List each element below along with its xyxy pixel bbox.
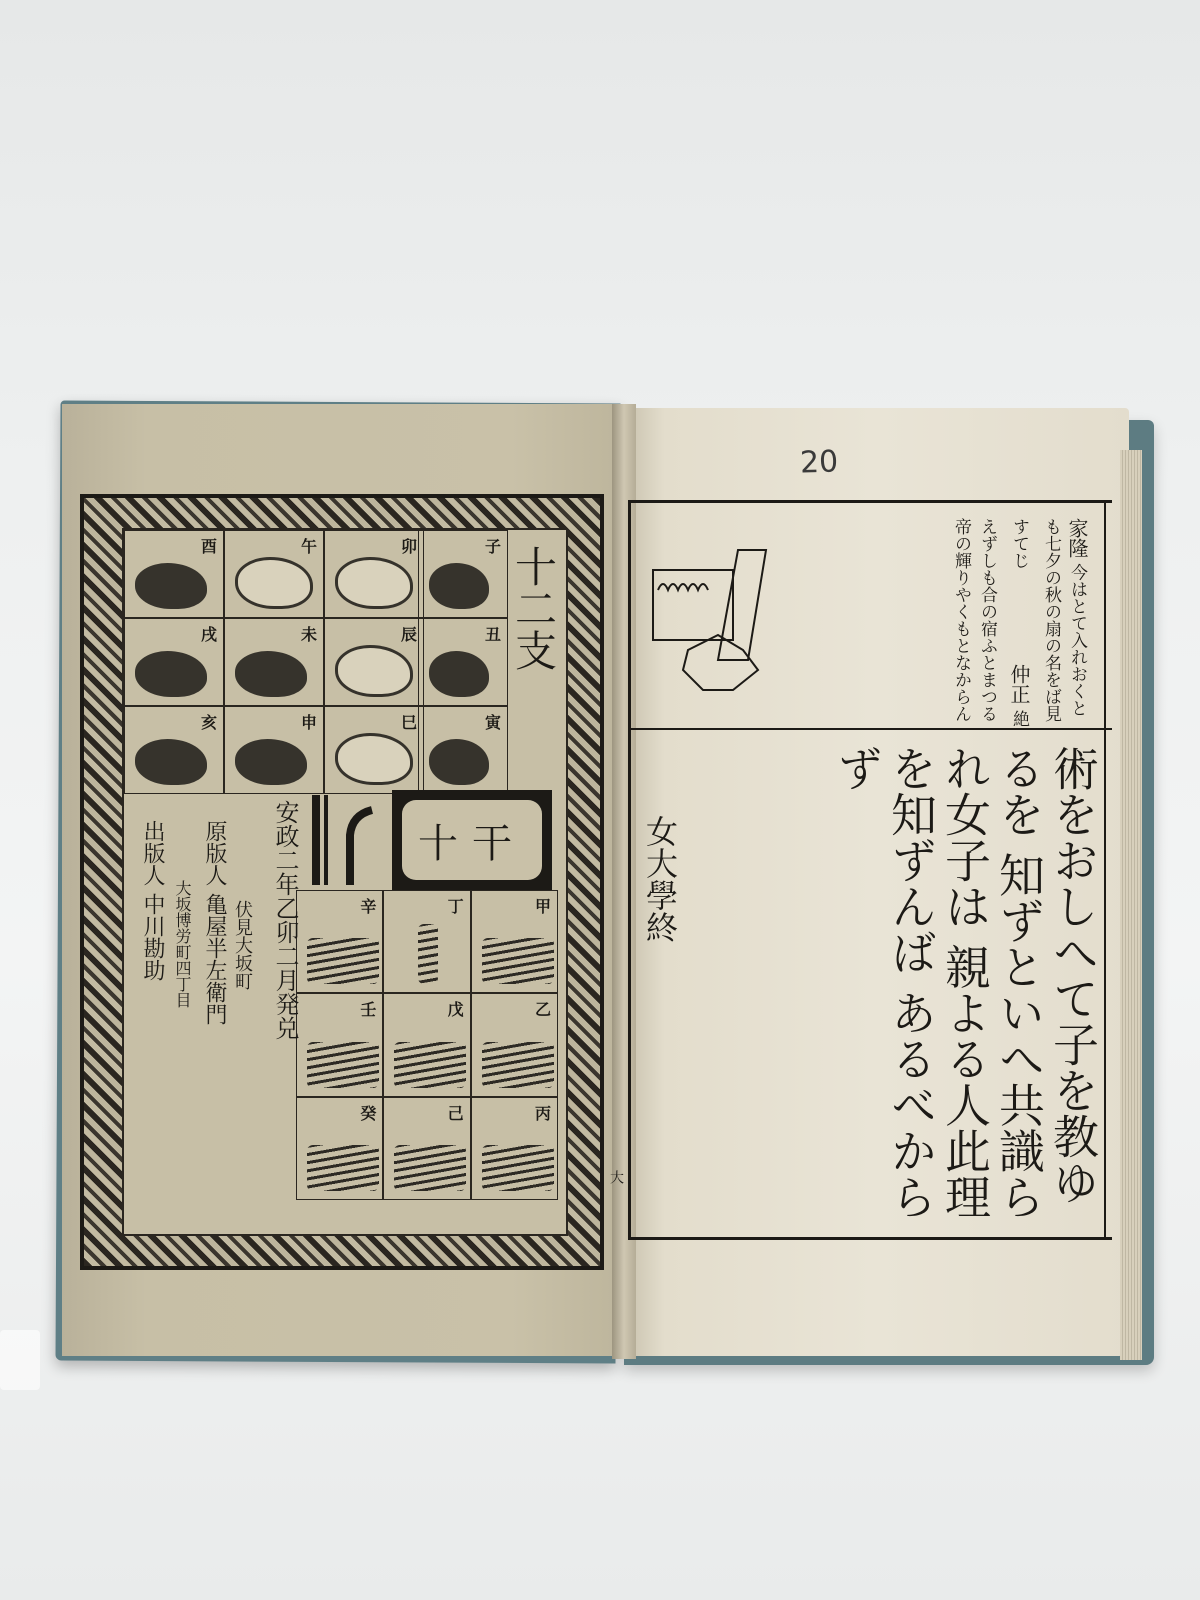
stem-cell-mountain: 戊 <box>383 993 470 1096</box>
zodiac-cell-rooster: 酉 <box>124 530 224 618</box>
stem-cell-stream: 癸 <box>296 1097 383 1200</box>
flower-icon <box>482 1042 554 1088</box>
fire-icon <box>482 1145 554 1191</box>
page-stack-edge <box>1120 450 1142 1360</box>
zodiac-label: 子 <box>485 534 501 557</box>
stem-cell-pine: 甲 <box>471 890 558 993</box>
monkey-icon <box>235 739 307 785</box>
colophon-publisher: 出版人 中川勘助 <box>138 820 166 981</box>
horse-icon <box>235 557 313 609</box>
zodiac-label: 辰 <box>401 622 417 645</box>
upper-poem-block: 家隆 今はとて入れおくとも七夕の秋の扇の名をば見すてじ 仲正 絶えずしも合の宿ふ… <box>800 518 1090 728</box>
zodiac-label: 酉 <box>201 534 217 557</box>
dragon-icon <box>335 645 413 697</box>
poet-name-ietaka: 家隆 <box>1065 518 1089 558</box>
zodiac-label: 戌 <box>201 622 217 645</box>
zodiac-cell-dog: 戌 <box>124 618 224 706</box>
zodiac-cell-ox: 丑 <box>418 618 508 706</box>
zodiac-title: 十二支 <box>505 545 565 671</box>
poet-name-nakamasa: 仲正 <box>1006 574 1032 704</box>
boar-icon <box>135 739 207 785</box>
main-text-block: 術をおしへて子を教ゆるを 知ずといへ共識られ女子は 親よる人此理を知ずんば ある… <box>780 745 1100 1225</box>
zodiac-cell-horse: 午 <box>224 530 324 618</box>
stem-cell-fire: 丙 <box>471 1097 558 1200</box>
mountain-icon <box>394 1042 466 1088</box>
pine-tree-icon <box>482 938 554 984</box>
colophon-address-1: 伏見大坂町 <box>228 900 256 990</box>
zodiac-label: 未 <box>301 622 317 645</box>
rat-icon <box>429 563 489 609</box>
zodiac-grid: 酉 午 卯 戌 未 辰 亥 申 巳 <box>124 530 424 794</box>
end-mark: 女大學終 <box>640 815 680 943</box>
colophon-original-publisher: 原版人 亀屋半左衛門 <box>200 820 228 1025</box>
stream-icon <box>307 1145 379 1191</box>
ten-stems-title: 十干 <box>402 800 542 880</box>
stem-label: 癸 <box>360 1101 376 1124</box>
waves-icon <box>307 1042 379 1088</box>
colophon-address-2: 大坂博労町四丁目 <box>168 880 196 1008</box>
rabbit-icon <box>335 557 413 609</box>
stem-cell-waves: 壬 <box>296 993 383 1096</box>
gutter-mark: 大 <box>606 1170 626 1184</box>
tiger-icon <box>429 739 489 785</box>
stem-label: 己 <box>448 1101 464 1124</box>
earth-icon <box>394 1145 466 1191</box>
stem-label: 辛 <box>360 894 376 917</box>
stem-label: 戊 <box>448 997 464 1020</box>
stem-cell-bowls: 辛 <box>296 890 383 993</box>
surface-reflection <box>0 1330 40 1390</box>
zodiac-label: 亥 <box>201 710 217 733</box>
fan-and-leaf-icon <box>648 540 788 700</box>
stem-label: 壬 <box>360 997 376 1020</box>
zodiac-cell-dragon: 辰 <box>324 618 424 706</box>
stem-label: 丁 <box>448 894 464 917</box>
right-frame-line <box>1104 500 1106 1240</box>
zodiac-cell-sheep: 未 <box>224 618 324 706</box>
publication-date: 安政二年乙卯二月発兑 <box>270 800 300 1040</box>
stem-label: 丙 <box>535 1101 551 1124</box>
ten-stems-grid: 辛 丁 甲 壬 戊 乙 癸 己 丙 <box>296 890 558 1200</box>
sheep-icon <box>235 651 307 697</box>
brush-icon <box>300 790 380 890</box>
snake-icon <box>335 733 413 785</box>
zodiac-cell-boar: 亥 <box>124 706 224 794</box>
stem-label: 乙 <box>535 997 551 1020</box>
zodiac-label: 卯 <box>401 534 417 557</box>
colophon: 安政二年乙卯二月発兑 伏見大坂町 原版人 亀屋半左衛門 大坂博労町四丁目 出版人… <box>130 800 300 1210</box>
right-page-divider <box>628 728 1112 730</box>
zodiac-label: 申 <box>301 710 317 733</box>
stem-cell-candle: 丁 <box>383 890 470 993</box>
ten-stems-title-box: 十干 <box>392 790 552 890</box>
pencil-page-number: 20 <box>799 444 838 480</box>
stem-cell-earth: 己 <box>383 1097 470 1200</box>
zodiac-cell-rat: 子 <box>418 530 508 618</box>
bowls-icon <box>307 938 379 984</box>
zodiac-label: 丑 <box>485 622 501 645</box>
zodiac-label: 寅 <box>485 710 501 733</box>
dog-icon <box>135 651 207 697</box>
zodiac-right-column: 子 丑 寅 <box>418 530 508 794</box>
zodiac-label: 巳 <box>401 710 417 733</box>
zodiac-cell-snake: 巳 <box>324 706 424 794</box>
zodiac-cell-rabbit: 卯 <box>324 530 424 618</box>
zodiac-cell-monkey: 申 <box>224 706 324 794</box>
candle-icon <box>418 924 438 984</box>
zodiac-cell-tiger: 寅 <box>418 706 508 794</box>
stem-cell-flowers: 乙 <box>471 993 558 1096</box>
stem-label: 甲 <box>535 894 551 917</box>
rooster-icon <box>135 563 207 609</box>
ox-icon <box>429 651 489 697</box>
zodiac-label: 午 <box>301 534 317 557</box>
